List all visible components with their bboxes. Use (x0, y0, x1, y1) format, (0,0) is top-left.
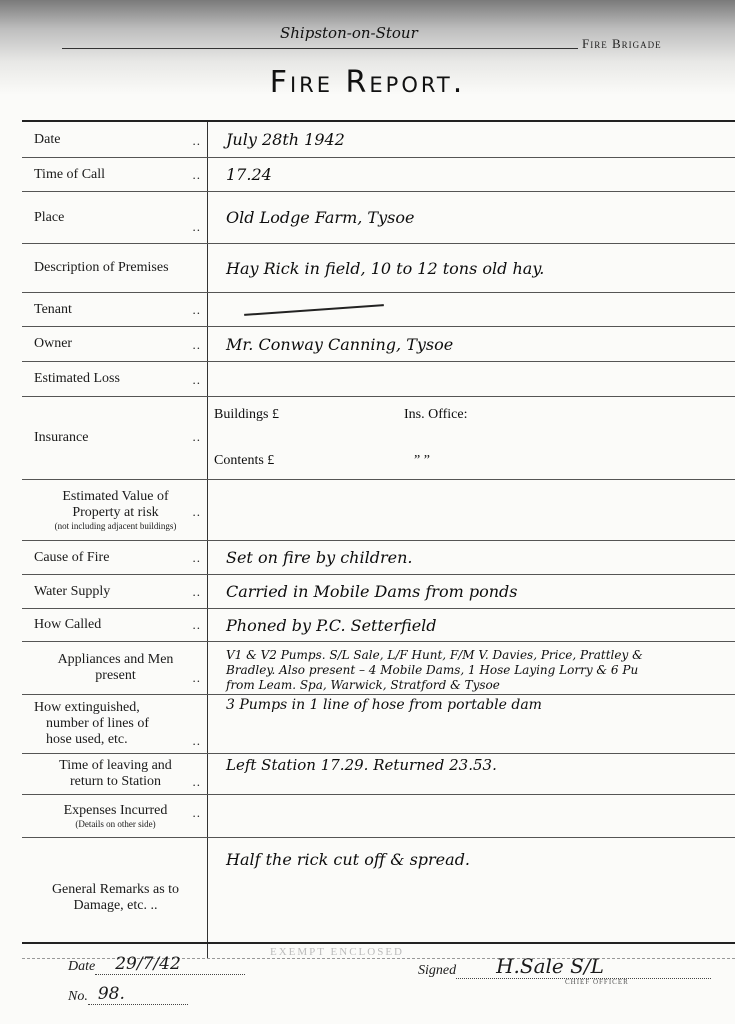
value-how-called: Phoned by P.C. Setterfield (208, 609, 735, 641)
value-place: Old Lodge Farm, Tysoe (208, 192, 735, 243)
label-owner: Owner.. (22, 327, 208, 361)
label-how-called: How Called.. (22, 609, 208, 641)
label-description: Description of Premises (22, 244, 208, 292)
row-description: Description of Premises Hay Rick in fiel… (22, 244, 735, 293)
value-appliances: V1 & V2 Pumps. S/L Sale, L/F Hunt, F/M V… (208, 642, 735, 694)
label-expenses: Expenses Incurred (Details on other side… (22, 795, 208, 837)
value-how-extinguished: 3 Pumps in 1 line of hose from portable … (208, 695, 735, 753)
chief-officer-caption: CHIEF OFFICER (565, 978, 629, 986)
label-time-of-call: Time of Call.. (22, 158, 208, 191)
row-estimated-loss: Estimated Loss.. (22, 362, 735, 397)
label-insurance: Insurance.. (22, 397, 208, 479)
value-expenses (208, 795, 735, 837)
value-time-of-call: 17.24 (208, 158, 735, 191)
faded-stamp: EXEMPT ENCLOSED (270, 946, 404, 958)
ins-office-label: Ins. Office: (404, 407, 723, 423)
value-owner: Mr. Conway Canning, Tysoe (208, 327, 735, 361)
report-footer (22, 942, 735, 944)
buildings-label: Buildings £ (214, 407, 404, 423)
row-tenant: Tenant.. (22, 293, 735, 327)
label-remarks: General Remarks as to Damage, etc. .. (22, 838, 208, 958)
label-place: Place.. (22, 192, 208, 243)
value-water-supply: Carried in Mobile Dams from ponds (208, 575, 735, 608)
value-description: Hay Rick in field, 10 to 12 tons old hay… (208, 244, 735, 292)
value-time-leaving: Left Station 17.29. Returned 23.53. (208, 754, 735, 794)
row-estimated-value: Estimated Value of Property at risk (not… (22, 480, 735, 541)
row-how-called: How Called.. Phoned by P.C. Setterfield (22, 609, 735, 642)
blank-dash (244, 304, 384, 316)
label-appliances: Appliances and Men present .. (22, 642, 208, 694)
row-appliances: Appliances and Men present .. V1 & V2 Pu… (22, 642, 735, 695)
row-how-extinguished: How extinguished, number of lines of hos… (22, 695, 735, 754)
row-owner: Owner.. Mr. Conway Canning, Tysoe (22, 327, 735, 362)
row-insurance: Insurance.. Buildings £ Ins. Office: Con… (22, 397, 735, 480)
value-estimated-loss (208, 362, 735, 396)
value-remarks: Half the rick cut off & spread. (208, 838, 735, 958)
footer-date: Date29/7/42 (68, 954, 245, 975)
label-time-leaving: Time of leaving and return to Station .. (22, 754, 208, 794)
row-place: Place.. Old Lodge Farm, Tysoe (22, 192, 735, 244)
value-cause: Set on fire by children. (208, 541, 735, 574)
value-tenant (208, 293, 735, 326)
signature: H.Sale S/L (456, 954, 604, 978)
label-estimated-loss: Estimated Loss.. (22, 362, 208, 396)
fire-report-form: Date.. July 28th 1942 Time of Call.. 17.… (22, 120, 735, 959)
value-insurance: Buildings £ Ins. Office: Contents £ ” ” (208, 397, 735, 479)
contents-label: Contents £ (214, 453, 404, 469)
brigade-name: Shipston-on-Stour (280, 24, 418, 42)
label-date: Date.. (22, 122, 208, 157)
row-remarks: General Remarks as to Damage, etc. .. Ha… (22, 838, 735, 959)
page-title: Fire Report. (0, 65, 735, 100)
row-cause: Cause of Fire.. Set on fire by children. (22, 541, 735, 575)
brigade-suffix: Fire Brigade (582, 36, 662, 52)
label-tenant: Tenant.. (22, 293, 208, 326)
row-expenses: Expenses Incurred (Details on other side… (22, 795, 735, 838)
footer-number: No.98. (68, 984, 188, 1005)
ditto-marks: ” ” (404, 453, 723, 469)
row-time-leaving: Time of leaving and return to Station ..… (22, 754, 735, 795)
footer-signed: SignedH.Sale S/L (418, 954, 711, 979)
label-estimated-value: Estimated Value of Property at risk (not… (22, 480, 208, 540)
value-date: July 28th 1942 (208, 122, 735, 157)
row-time-of-call: Time of Call.. 17.24 (22, 158, 735, 192)
row-water-supply: Water Supply.. Carried in Mobile Dams fr… (22, 575, 735, 609)
row-date: Date.. July 28th 1942 (22, 122, 735, 158)
footer-date-value: 29/7/42 (95, 954, 181, 974)
label-how-extinguished: How extinguished, number of lines of hos… (22, 695, 208, 753)
footer-number-value: 98. (88, 984, 125, 1004)
label-water-supply: Water Supply.. (22, 575, 208, 608)
label-cause: Cause of Fire.. (22, 541, 208, 574)
value-estimated-value (208, 480, 735, 540)
